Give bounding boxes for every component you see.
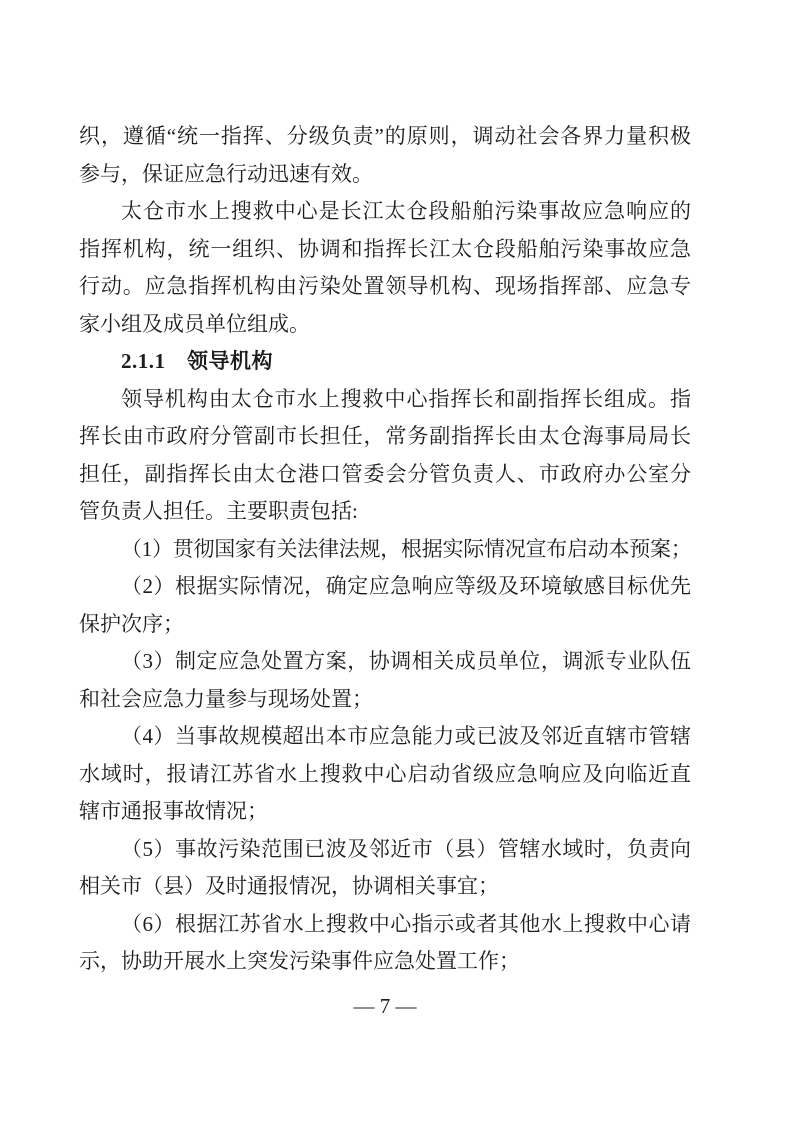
text-line: 保护次序； [79,606,691,644]
text-line: 示，协助开展水上突发污染事件应急处置工作； [79,943,691,981]
section-heading: 2.1.1 领导机构 [79,343,691,381]
text-line: （5）事故污染范围已波及邻近市（县）管辖水域时，负责向 [79,831,691,869]
text-line: 辖市通报事故情况； [79,793,691,831]
text-line: 领导机构由太仓市水上搜救中心指挥长和副指挥长组成。指 [79,381,691,419]
text-line: 挥长由市政府分管副市长担任，常务副指挥长由太仓海事局局长 [79,418,691,456]
text-line: （2）根据实际情况，确定应急响应等级及环境敏感目标优先 [79,568,691,606]
document-text: 织，遵循“统一指挥、分级负责”的原则，调动社会各界力量积极参与，保证应急行动迅速… [79,118,691,981]
text-line: 和社会应急力量参与现场处置； [79,681,691,719]
text-line: 水域时，报请江苏省水上搜救中心启动省级应急响应及向临近直 [79,756,691,794]
text-line: 参与，保证应急行动迅速有效。 [79,156,691,194]
text-line: 指挥机构，统一组织、协调和指挥长江太仓段船舶污染事故应急 [79,231,691,269]
text-line: 相关市（县）及时通报情况，协调相关事宜； [79,868,691,906]
page-number: — 7 — [79,991,691,1021]
document-page: 织，遵循“统一指挥、分级负责”的原则，调动社会各界力量积极参与，保证应急行动迅速… [0,0,793,1122]
text-line: 管负责人担任。主要职责包括: [79,493,691,531]
text-line: 太仓市水上搜救中心是长江太仓段船舶污染事故应急响应的 [79,193,691,231]
text-line: 行动。应急指挥机构由污染处置领导机构、现场指挥部、应急专 [79,268,691,306]
text-line: （1）贯彻国家有关法律法规，根据实际情况宣布启动本预案； [79,531,691,569]
text-line: （6）根据江苏省水上搜救中心指示或者其他水上搜救中心请 [79,906,691,944]
text-line: （4）当事故规模超出本市应急能力或已波及邻近直辖市管辖 [79,718,691,756]
text-line: 织，遵循“统一指挥、分级负责”的原则，调动社会各界力量积极 [79,118,691,156]
text-line: （3）制定应急处置方案，协调相关成员单位，调派专业队伍 [79,643,691,681]
text-line: 家小组及成员单位组成。 [79,306,691,344]
text-line: 担任，副指挥长由太仓港口管委会分管负责人、市政府办公室分 [79,456,691,494]
